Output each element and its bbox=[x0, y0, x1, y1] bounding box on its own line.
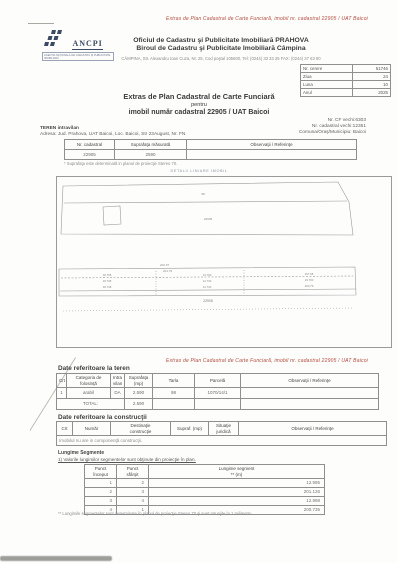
parcel-outline bbox=[61, 182, 353, 235]
cell-punct-sfarsit: 4 bbox=[117, 497, 149, 506]
cell-lungime: 12.998 bbox=[149, 497, 325, 506]
table-row: 1 2 12.995 bbox=[85, 479, 325, 488]
col-numar: Număr bbox=[73, 422, 111, 436]
table-row: Nr. cerere 51746 bbox=[301, 65, 391, 73]
parcel-number-label: 22905 bbox=[203, 299, 213, 303]
table-row: Ziua 24 bbox=[301, 73, 391, 81]
request-label: Nr. cerere bbox=[301, 65, 353, 73]
request-value: 51746 bbox=[353, 65, 391, 73]
table-total-row: TOTAL: 2.590 bbox=[57, 399, 379, 410]
cell-suprafata: 2590 bbox=[115, 150, 187, 160]
teren-address: Adresa: Jud. Prahova, UAT Baicoi, Loc. B… bbox=[40, 132, 185, 138]
strip-number: 14.790 bbox=[203, 273, 212, 277]
cell-categoria: arabil bbox=[67, 388, 111, 399]
col-lungime: Lungime segment ** (m) bbox=[149, 465, 325, 479]
boundary-dotted-line bbox=[63, 308, 354, 311]
table-header-row: Crt Număr Destinaţie construcţie Supraf.… bbox=[57, 422, 387, 436]
parcel-mid-line bbox=[64, 201, 347, 203]
table-row: Luna 10 bbox=[301, 81, 391, 89]
teren-table: Crt Categoria de folosinţă Intra vilan S… bbox=[56, 373, 379, 410]
title-line2: pentru bbox=[0, 102, 398, 108]
cell-empty bbox=[241, 399, 379, 410]
cell-parcela: 1070/14/1 bbox=[195, 388, 241, 399]
col-intravilan: Intra vilan bbox=[111, 374, 125, 388]
table-row: 1 arabil DA 2.590 98 1070/14/1 bbox=[57, 388, 379, 399]
office-line2: Biroul de Cadastru şi Publicitate Imobil… bbox=[90, 45, 352, 53]
col-punct-inceput: Punct început bbox=[85, 465, 117, 479]
cell-observatii bbox=[187, 150, 357, 160]
request-value: 10 bbox=[353, 81, 391, 89]
segments-table: Punct început Punct sfârşit Lungime segm… bbox=[84, 464, 325, 515]
stacked-label-2: 201.76 bbox=[163, 269, 173, 273]
cell-punct-sfarsit: 2 bbox=[117, 479, 149, 488]
office-header: Oficiul de Cadastru şi Publicitate Imobi… bbox=[90, 37, 352, 61]
cell-tarla: 98 bbox=[153, 388, 195, 399]
col-tarla: Tarla bbox=[153, 374, 195, 388]
comuna: Comuna/Oraş/Municipiu: Baicoi bbox=[299, 130, 366, 136]
table-row: Imobilul nu are in componenţă construcţi… bbox=[57, 436, 387, 446]
scan-artifact bbox=[0, 556, 112, 561]
col-nr-cadastral: Nr. cadastral bbox=[65, 140, 115, 150]
col-suprafata: Suprafaţa măsurată bbox=[115, 140, 187, 150]
col-situatie: Situaţie juridică bbox=[209, 422, 239, 436]
col-suprafata: Suprafaţa (mp) bbox=[125, 374, 153, 388]
cadastral-map-drawing: 98 22905 202.97 201.76 18.798 14.790 267… bbox=[57, 177, 391, 347]
cell-punct-inceput: 3 bbox=[85, 497, 117, 506]
col-supraf: Supraf. (mp) bbox=[171, 422, 209, 436]
cell-lungime: 201.126 bbox=[149, 488, 325, 497]
cell-punct-inceput: 1 bbox=[85, 479, 117, 488]
suprafata-note: * Suprafaţa este determinată in planul d… bbox=[64, 161, 177, 166]
request-label: Ziua bbox=[301, 73, 353, 81]
constructii-table: Crt Număr Destinaţie construcţie Supraf.… bbox=[56, 421, 387, 446]
strip-number: 18.798 bbox=[103, 273, 112, 277]
col-observatii: Observaţii / Referinţe bbox=[239, 422, 387, 436]
col-crt: Crt bbox=[57, 374, 67, 388]
parcel-summary-table: Nr. cadastral Suprafaţa măsurată Observa… bbox=[64, 139, 357, 160]
table-row: 22905 2590 bbox=[65, 150, 357, 160]
segments-footnote: ** Lungimile segmentelor sunt determinat… bbox=[58, 511, 378, 516]
cell-intravilan: DA bbox=[111, 388, 125, 399]
table-header-row: Crt Categoria de folosinţă Intra vilan S… bbox=[57, 374, 379, 388]
old-references: Nr. CF vechi:6303 Nr. cadastral vechi:12… bbox=[299, 118, 366, 137]
title-line1: Extras de Plan Cadastral de Carte Funcia… bbox=[0, 92, 398, 101]
cell-lungime: 12.995 bbox=[149, 479, 325, 488]
table-row: 2 3 201.126 bbox=[85, 488, 325, 497]
strip-number: 14.730 bbox=[203, 279, 212, 283]
building-outline bbox=[103, 206, 121, 225]
col-observatii: Observaţii / Referinţe bbox=[241, 374, 379, 388]
segments-heading: Lungime Segmente bbox=[58, 450, 104, 456]
cell-suprafata: 2.590 bbox=[125, 388, 153, 399]
strip-bottom-line bbox=[60, 289, 356, 291]
stacked-label-1: 202.97 bbox=[160, 263, 170, 267]
cell-punct-sfarsit: 3 bbox=[117, 488, 149, 497]
cell-no-constructii: Imobilul nu are in componenţă construcţi… bbox=[57, 436, 387, 446]
title-line3: imobil număr cadastral 22905 / UAT Baico… bbox=[0, 109, 398, 116]
col-observatii: Observaţii / Referinţe bbox=[187, 140, 357, 150]
section2-strip-text: Extras de Plan Cadastral de Carte Funcia… bbox=[90, 358, 368, 364]
cell-nr-cadastral: 22905 bbox=[65, 150, 115, 160]
cell-punct-inceput: 2 bbox=[85, 488, 117, 497]
cadastral-map: 98 22905 202.97 201.76 18.798 14.790 267… bbox=[56, 176, 392, 348]
table-header-row: Punct început Punct sfârşit Lungime segm… bbox=[85, 465, 325, 479]
cell-crt: 1 bbox=[57, 388, 67, 399]
top-edge-mark bbox=[28, 23, 54, 24]
strip-number: 18.738 bbox=[103, 279, 112, 283]
table-row: 3 4 12.998 bbox=[85, 497, 325, 506]
col-punct-sfarsit: Punct sfârşit bbox=[117, 465, 149, 479]
ancpi-logo-icon bbox=[42, 30, 68, 46]
constructii-section-heading: Date referitoare la construcţii bbox=[58, 414, 147, 421]
cell-empty bbox=[195, 399, 241, 410]
strip-number: 200.79 bbox=[305, 284, 314, 288]
segments-note: 1) Valorile lungimilor segmentelor sunt … bbox=[58, 457, 196, 462]
document-title: Extras de Plan Cadastral de Carte Funcia… bbox=[0, 92, 398, 116]
col-categoria: Categoria de folosinţă bbox=[67, 374, 111, 388]
col-destinatie: Destinaţie construcţie bbox=[111, 422, 171, 436]
cell-empty bbox=[153, 399, 195, 410]
band2-label: 22905 bbox=[204, 217, 213, 221]
teren-section-heading: Date referitoare la teren bbox=[58, 365, 130, 372]
request-value: 24 bbox=[353, 73, 391, 81]
band1-label: 98 bbox=[201, 192, 205, 196]
cell-total-value: 2.590 bbox=[125, 399, 153, 410]
cell-observatii bbox=[241, 388, 379, 399]
map-title: DETALII LINIARE IMOBIL bbox=[0, 169, 398, 173]
strip-number: 19.790 bbox=[305, 278, 314, 282]
strip-number: 267.98 bbox=[305, 272, 314, 276]
office-address: CÂMPINA, Str. Alexandru Ioan Cuza, Nr. 2… bbox=[90, 56, 352, 61]
cell-total-label: TOTAL: bbox=[57, 399, 125, 410]
strip-number: 14.740 bbox=[203, 285, 212, 289]
strip-number: 18.748 bbox=[103, 285, 112, 289]
teren-info: TEREN intravilan Adresa: Jud. Prahova, U… bbox=[40, 126, 185, 138]
col-parcela: Parcelă bbox=[195, 374, 241, 388]
request-label: Luna bbox=[301, 81, 353, 89]
col-crt: Crt bbox=[57, 422, 73, 436]
top-strip-text: Extras de Plan Cadastral de Carte Funcia… bbox=[100, 16, 368, 22]
office-line1: Oficiul de Cadastru şi Publicitate Imobi… bbox=[90, 37, 352, 45]
table-header-row: Nr. cadastral Suprafaţa măsurată Observa… bbox=[65, 140, 357, 150]
